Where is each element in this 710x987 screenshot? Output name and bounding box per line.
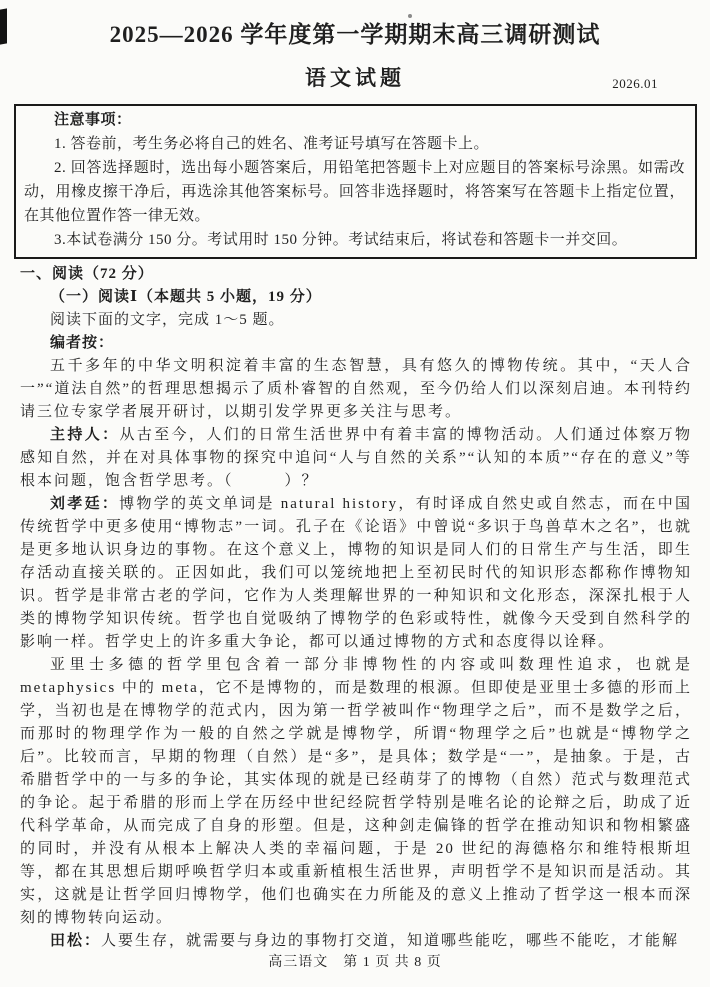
section-heading: 一、阅读（72 分） bbox=[20, 263, 692, 286]
passage-paragraph-1: 五千多年的中华文明积淀着丰富的生态智慧，具有悠久的博物传统。其中，“天人合一”“… bbox=[20, 355, 692, 424]
page-footer: 高三语文 第 1 页 共 8 页 bbox=[0, 951, 710, 971]
passage-paragraph-5: 田松：人要生存，就需要与身边的事物打交道，知道哪些能吃，哪些不能吃，才能解 bbox=[20, 930, 692, 953]
paragraph-text: 亚里士多德的哲学里包含着一部分非博物性的内容或叫数理性追求，也就是 metaph… bbox=[20, 657, 692, 926]
page-title: 2025—2026 学年度第一学期期末高三调研测试 bbox=[0, 20, 710, 50]
scan-artifact-speck bbox=[408, 14, 412, 18]
notice-heading: 注意事项： bbox=[24, 108, 685, 132]
notice-box: 注意事项： 1. 答卷前，考生务必将自己的姓名、准考证号填写在答题卡上。 2. … bbox=[14, 104, 697, 259]
speaker-name: 主持人： bbox=[50, 427, 119, 443]
subtitle-row: 语文试题 2026.01 bbox=[0, 63, 710, 93]
subsection-heading: （一）阅读Ⅰ（本题共 5 小题，19 分） bbox=[20, 286, 692, 309]
passage-paragraph-4: 亚里士多德的哲学里包含着一部分非博物性的内容或叫数理性追求，也就是 metaph… bbox=[20, 654, 692, 930]
paragraph-text: 五千多年的中华文明积淀着丰富的生态智慧，具有悠久的博物传统。其中，“天人合一”“… bbox=[20, 358, 692, 420]
passage-paragraph-3: 刘孝廷：博物学的英文单词是 natural history，有时译成自然史或自然… bbox=[20, 493, 692, 654]
speaker-name: 田松： bbox=[50, 933, 101, 949]
editor-note-label: 编者按： bbox=[20, 332, 692, 355]
exam-subject-title: 语文试题 bbox=[0, 63, 710, 93]
paragraph-text: 博物学的英文单词是 natural history，有时译成自然史或自然志，而在… bbox=[20, 496, 692, 650]
notice-item-3: 3.本试卷满分 150 分。考试用时 150 分钟。考试结束后，将试卷和答题卡一… bbox=[24, 228, 685, 252]
scan-artifact-corner bbox=[0, 8, 7, 44]
passage-paragraph-2: 主持人：从古至今，人们的日常生活世界中有着丰富的博物活动。人们通过体察万物感知自… bbox=[20, 424, 692, 493]
notice-item-2: 2. 回答选择题时，选出每小题答案后，用铅笔把答题卡上对应题目的答案标号涂黑。如… bbox=[24, 156, 685, 228]
notice-item-1: 1. 答卷前，考生务必将自己的姓名、准考证号填写在答题卡上。 bbox=[24, 132, 685, 156]
paragraph-text: 从古至今，人们的日常生活世界中有着丰富的博物活动。人们通过体察万物感知自然，并在… bbox=[20, 427, 692, 489]
reading-instruction: 阅读下面的文字，完成 1～5 题。 bbox=[20, 309, 692, 332]
exam-date: 2026.01 bbox=[612, 76, 658, 92]
reading-section: 一、阅读（72 分） （一）阅读Ⅰ（本题共 5 小题，19 分） 阅读下面的文字… bbox=[20, 263, 692, 953]
paragraph-text: 人要生存，就需要与身边的事物打交道，知道哪些能吃，哪些不能吃，才能解 bbox=[101, 933, 679, 949]
exam-paper-page: 2025—2026 学年度第一学期期末高三调研测试 语文试题 2026.01 注… bbox=[0, 0, 710, 987]
speaker-name: 刘孝廷： bbox=[50, 496, 119, 512]
